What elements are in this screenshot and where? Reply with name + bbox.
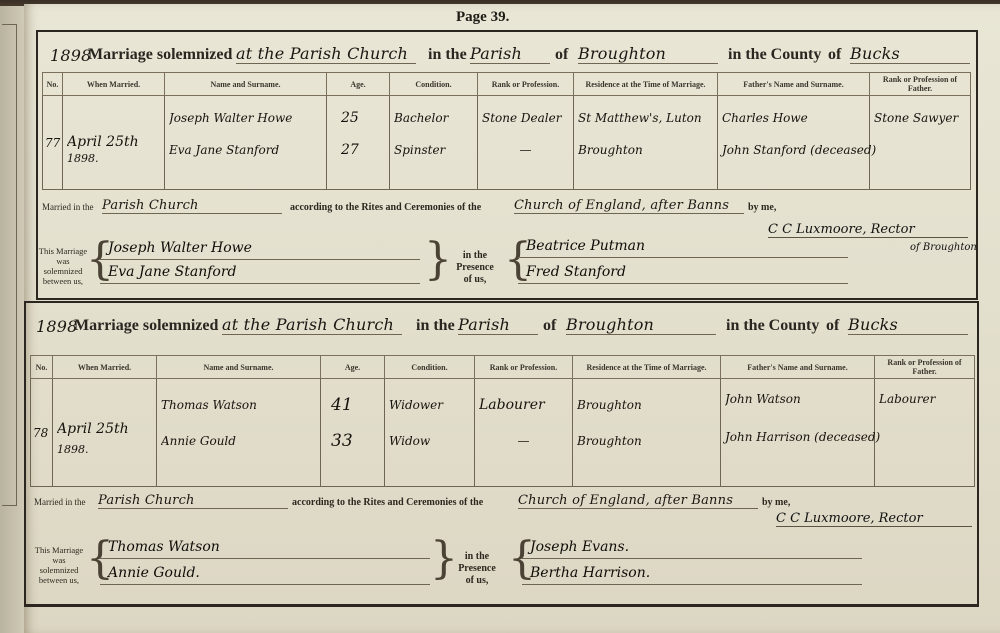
fathers: Charles Howe John Stanford (deceased) [718,96,870,190]
page-number: Page 39. [456,9,509,26]
residences: Broughton Broughton [573,379,721,487]
this-marriage-label: This Marriage was solemnized between us, [38,246,88,286]
column-headers: No. When Married. Name and Surname. Age.… [31,356,975,379]
register-page: Page 39. 1898 Marriage solemnized at the… [24,4,1000,633]
conditions: Bachelor Spinster [390,96,478,190]
column-headers: No. When Married. Name and Surname. Age.… [43,73,971,96]
married-in-place: Parish Church [102,198,282,214]
presence-label: in the Presence of us, [450,250,500,286]
witness-signature-1: Joseph Evans. [522,539,862,559]
officiant-parish: of Broughton [910,242,977,253]
table-row: 78 April 25th 1898. Thomas Watson Annie … [31,379,975,487]
parish-name: Broughton [578,44,718,64]
county-name: Bucks [848,315,968,335]
county-name: Bucks [850,44,970,64]
party-signature-1: Joseph Walter Howe [100,240,420,260]
parish-label: Parish [470,44,550,64]
parish-name: Broughton [566,315,716,335]
when-married: April 25th 1898. [53,379,157,487]
register-table: No. When Married. Name and Surname. Age.… [42,72,971,190]
officiant-signature: C C Luxmoore, Rector [776,511,972,527]
married-in-line: Married in the Parish Church according t… [26,493,976,513]
fathers: John Watson John Harrison (deceased) [721,379,875,487]
father-ranks: Labourer [875,379,975,487]
entry-heading: 1898 Marriage solemnized at the Parish C… [38,32,976,72]
entry-year: 1898 [36,317,78,336]
entry-number: 77 [43,96,63,190]
entry-year: 1898 [50,46,92,65]
rites: Church of England, after Banns [518,493,758,509]
register-table: No. When Married. Name and Surname. Age.… [30,355,975,487]
party-signature-2: Annie Gould. [100,565,430,585]
officiant-signature: C C Luxmoore, Rector [768,222,968,238]
presence-label: in the Presence of us, [450,551,504,587]
facing-page-edge [0,6,26,633]
party-signature-1: Thomas Watson [100,539,430,559]
father-ranks: Stone Sawyer [870,96,971,190]
rites: Church of England, after Banns [514,198,744,214]
married-in-line: Married in the Parish Church according t… [38,198,978,218]
solemnized-at: at the Parish Church [222,315,402,335]
residences: St Matthew's, Luton Broughton [574,96,718,190]
ranks: Stone Dealer — [478,96,574,190]
witness-signature-2: Bertha Harrison. [522,565,862,585]
ranks: Labourer — [475,379,573,487]
married-in-place: Parish Church [98,493,288,509]
marriage-entry-77: 1898 Marriage solemnized at the Parish C… [36,30,978,300]
ages: 25 27 [327,96,390,190]
when-married: April 25th 1898. [63,96,165,190]
marriage-entry-78: 1898 Marriage solemnized at the Parish C… [24,301,979,607]
this-marriage-label: This Marriage was solemnized between us, [30,545,88,585]
ages: 41 33 [321,379,385,487]
conditions: Widower Widow [385,379,475,487]
witness-signature-2: Fred Stanford [518,264,848,284]
names: Joseph Walter Howe Eva Jane Stanford [165,96,327,190]
solemnized-at: at the Parish Church [236,44,416,64]
party-signature-2: Eva Jane Stanford [100,264,420,284]
entry-number: 78 [31,379,53,487]
witness-signature-1: Beatrice Putman [518,238,848,258]
entry-heading: 1898 Marriage solemnized at the Parish C… [26,303,977,343]
names: Thomas Watson Annie Gould [157,379,321,487]
parish-label: Parish [458,315,538,335]
table-row: 77 April 25th 1898. Joseph Walter Howe E… [43,96,971,190]
